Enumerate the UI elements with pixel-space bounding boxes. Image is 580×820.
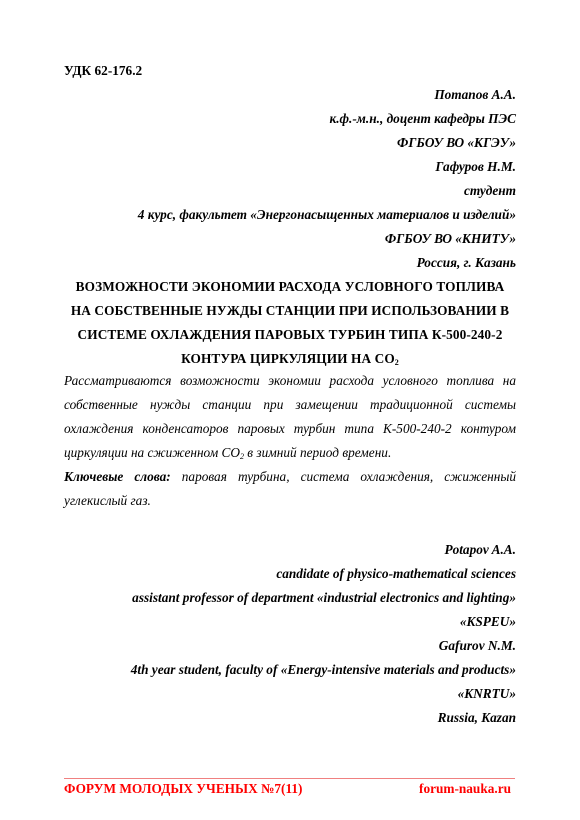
article-title-line-1: ВОЗМОЖНОСТИ ЭКОНОМИИ РАСХОДА УСЛОВНОГО Т… xyxy=(64,279,516,295)
footer-website-link[interactable]: forum-nauka.ru xyxy=(419,781,511,797)
keywords-label: Ключевые слова: xyxy=(64,469,171,484)
ru-author1-degree: к.ф.-м.н., доцент кафедры ПЭС xyxy=(64,111,516,127)
abstract-line-2: собственные нужды станции при замещении … xyxy=(64,397,516,413)
document-page: УДК 62-176.2 Потапов А.А. к.ф.-м.н., доц… xyxy=(0,0,580,820)
abstract-line-1: Рассматриваются возможности экономии рас… xyxy=(64,373,516,389)
abstract-line4-suffix: в зимний период времени. xyxy=(244,445,391,460)
ru-author2-status: студент xyxy=(64,183,516,199)
en-author2-name: Gafurov N.M. xyxy=(64,638,516,654)
en-author1-position: assistant professor of department «indus… xyxy=(64,590,516,606)
article-title-line-4: КОНТУРА ЦИРКУЛЯЦИИ НА СО2 xyxy=(64,351,516,367)
article-title-line-2: НА СОБСТВЕННЫЕ НУЖДЫ СТАНЦИИ ПРИ ИСПОЛЬЗ… xyxy=(64,303,516,319)
abstract-line4-text: циркуляции на сжиженном СО xyxy=(64,445,240,460)
ru-author2-faculty: 4 курс, факультет «Энергонасыщенных мате… xyxy=(64,207,516,223)
en-author1-degree: candidate of physico-mathematical scienc… xyxy=(64,566,516,582)
title-line4-text: КОНТУРА ЦИРКУЛЯЦИИ НА СО xyxy=(181,351,395,366)
article-title-line-3: СИСТЕМЕ ОХЛАЖДЕНИЯ ПАРОВЫХ ТУРБИН ТИПА К… xyxy=(64,327,516,343)
ru-location: Россия, г. Казань xyxy=(64,255,516,271)
keywords-line-1: Ключевые слова: паровая турбина, система… xyxy=(64,469,516,485)
en-author2-org: «KNRTU» xyxy=(64,686,516,702)
keywords-text: паровая турбина, система охлаждения, сжи… xyxy=(171,469,516,484)
ru-author1-org: ФГБОУ ВО «КГЭУ» xyxy=(64,135,516,151)
udk-code: УДК 62-176.2 xyxy=(64,63,516,79)
title-subscript: 2 xyxy=(395,358,399,367)
abstract-line-4: циркуляции на сжиженном СО2 в зимний пер… xyxy=(64,445,516,461)
en-author1-org: «KSPEU» xyxy=(64,614,516,630)
ru-author2-org: ФГБОУ ВО «КНИТУ» xyxy=(64,231,516,247)
keywords-line-2: углекислый газ. xyxy=(64,493,516,509)
ru-author1-name: Потапов А.А. xyxy=(64,87,516,103)
en-author2-status: 4th year student, faculty of «Energy-int… xyxy=(64,662,516,678)
en-location: Russia, Kazan xyxy=(64,710,516,726)
abstract-line-3: охлаждения конденсаторов паровых турбин … xyxy=(64,421,516,437)
en-author1-name: Potapov A.A. xyxy=(64,542,516,558)
footer-divider xyxy=(64,778,515,779)
ru-author2-name: Гафуров Н.М. xyxy=(64,159,516,175)
footer-journal-name: ФОРУМ МОЛОДЫХ УЧЕНЫХ №7(11) xyxy=(64,781,302,797)
